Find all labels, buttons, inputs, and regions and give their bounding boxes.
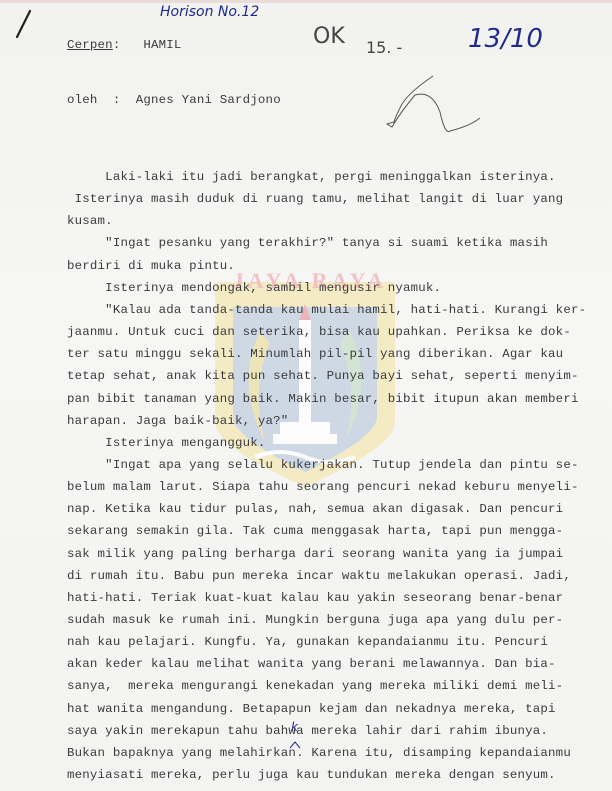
body-line: nah kau pelajari. Kungfu. Ya, gunakan ke… — [67, 636, 548, 648]
body-line: nap. Ketika kau tidur pulas, nah, semua … — [67, 503, 563, 515]
ok-annotation: OK — [313, 24, 345, 49]
body-line: tetap sehat, anak kita pun sehat. Punya … — [67, 370, 579, 382]
body-line: hat wanita mengandung. Betapapun kejam d… — [67, 703, 556, 715]
body-line: Isterinya mengangguk. — [67, 437, 266, 449]
body-line: akan keder kalau melihat wanita yang ber… — [67, 658, 556, 670]
body-line: "Ingat apa yang selalu kukerjakan. Tutup… — [67, 459, 579, 471]
body-line: sudah masuk ke rumah ini. Mungkin bergun… — [67, 614, 563, 626]
story-title: HAMIL — [143, 38, 181, 52]
body-line: Laki-laki itu jadi berangkat, pergi meni… — [67, 171, 556, 183]
body-line: pan bibit tanaman yang baik. Makin besar… — [67, 393, 579, 405]
body-line: jaanmu. Untuk cuci dan seterika, bisa ka… — [67, 326, 571, 338]
signature-scribble — [387, 76, 480, 132]
genre-separator: : — [113, 38, 121, 52]
author-name: Agnes Yani Sardjono — [136, 93, 281, 107]
magazine-annotation: Horison No.12 — [160, 4, 259, 20]
body-line: ter satu minggu sekali. Minumlah pil-pil… — [67, 348, 563, 360]
genre-line: Cerpen: HAMIL — [67, 39, 182, 51]
author-line: oleh : Agnes Yani Sardjono — [67, 94, 281, 106]
date-annotation: 13/10 — [468, 24, 543, 54]
body-line: "Ingat pesanku yang terakhir?" tanya si … — [67, 237, 548, 249]
genre-label: Cerpen — [67, 38, 113, 52]
author-label: oleh — [67, 93, 98, 107]
body-line: kusam. — [67, 215, 113, 227]
body-line: menyiasati mereka, perlu juga kau tunduk… — [67, 769, 556, 781]
body-line: hati-hati. Teriak kuat-kuat kalau kau ya… — [67, 592, 563, 604]
document-page: JAYA RAYA Horison No.12 OK 15. - 13/10 k… — [0, 0, 612, 791]
body-line: di rumah itu. Babu pun mereka incar wakt… — [67, 570, 571, 582]
body-line: Isterinya masih duduk di ruang tamu, mel… — [67, 193, 563, 205]
body-line: Isterinya mendongak, sambil mengusir nya… — [67, 282, 441, 294]
body-line: sak milik yang paling berharga dari seor… — [67, 548, 563, 560]
body-line: sanya, mereka mengurangi kenekadan yang … — [67, 680, 563, 692]
body-line: saya yakin merekapun tahu bahwa mereka l… — [67, 725, 548, 737]
author-separator: : — [113, 93, 121, 107]
body-line: harapan. Jaga baik-baik, ya?" — [67, 415, 288, 427]
body-line: sekarang semakin gila. Tak cuma menggasa… — [67, 525, 563, 537]
body-line: belum malam larut. Siapa tahu seorang pe… — [67, 481, 579, 493]
page-slash-mark — [17, 11, 30, 37]
body-line: Bukan bapaknya yang melahirkan. Karena i… — [67, 747, 571, 759]
body-line: "Kalau ada tanda-tanda kau mulai hamil, … — [67, 304, 586, 316]
body-line: berdiri di muka pintu. — [67, 260, 235, 272]
initial-annotation: 15. - — [366, 38, 402, 57]
